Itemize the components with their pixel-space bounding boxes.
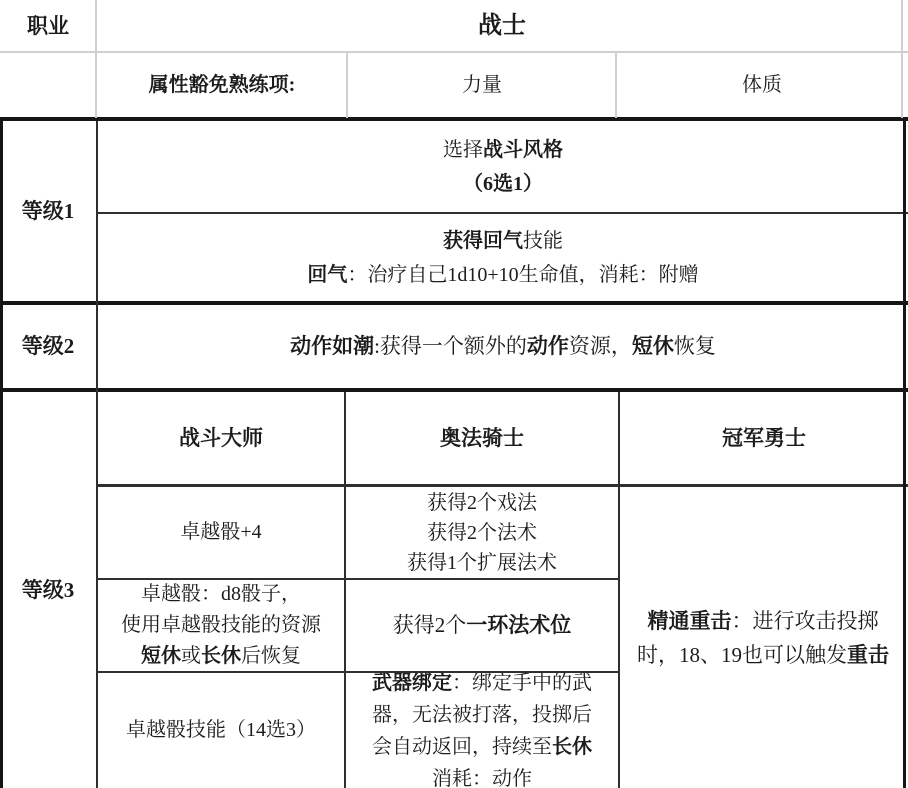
champion-improved-critical-cell: 精通重击：进行攻击投掷时，18、19也可以触发重击 [620,487,906,788]
level1-row-label: 等级1 [0,118,96,305]
saves-ability-constitution-cell: 体质 [616,52,908,118]
grid-line-colA-top [95,0,97,118]
grid-line-level3-row1 [98,578,620,580]
class-name-cell: 战士 [96,0,908,52]
profession-row-label: 职业 [0,0,96,52]
battle-master-superiority-dice-cell: 卓越骰+4 [98,487,344,578]
eldritch-knight-spells-known-cell: 获得2个戏法获得2个法术获得1个扩展法术 [346,487,618,578]
table-left-border [0,118,3,788]
grid-line-right-top [901,0,903,118]
grid-line-under-subclass-headers [98,484,908,487]
level1-fighting-style-cell: 选择战斗风格（6选1） [98,122,908,212]
eldritch-knight-spell-slots-cell: 获得2个一环法术位 [346,580,618,671]
grid-line-level3-col1 [344,392,346,788]
saves-ability-strength-cell: 力量 [348,52,616,118]
grid-line-level1-inner [98,212,908,214]
grid-line-section-3 [0,388,908,392]
grid-line-saves-col2 [615,52,617,118]
grid-line-section-1 [0,117,908,121]
grid-line-under-profession-row [0,51,908,53]
class-progression-table: 职业 战士 属性豁免熟练项: 力量 体质 等级1 选择战斗风格（6选1） 获得回… [0,0,908,788]
grid-line-level3-col2 [618,392,620,788]
eldritch-knight-weapon-bond-cell: 武器绑定：绑定手中的武器，无法被打落，投掷后会自动返回，持续至长休消耗：动作 [346,673,618,788]
grid-line-colA-main [96,121,98,788]
saves-label-cell: 属性豁免熟练项: [96,52,348,118]
grid-line-level3-row2 [98,671,620,673]
grid-line-section-2 [0,301,908,305]
table-right-border [903,118,906,788]
grid-line-saves-col1 [346,52,348,118]
level2-action-surge-cell: 动作如潮:获得一个额外的动作资源，短休恢复 [98,305,908,388]
subclass-header-eldritch-knight: 奥法骑士 [346,392,618,484]
battle-master-maneuvers-cell: 卓越骰技能（14选3） [98,673,344,788]
level3-row-label: 等级3 [0,392,96,788]
level1-second-wind-cell: 获得回气技能回气：治疗自己1d10+10生命值，消耗：附赠 [98,214,908,301]
subclass-header-champion: 冠军勇士 [620,392,908,484]
subclass-header-battle-master: 战斗大师 [98,392,344,484]
battle-master-dice-recovery-cell: 卓越骰：d8骰子，使用卓越骰技能的资源短休或长休后恢复 [98,580,344,671]
level2-row-label: 等级2 [0,305,96,388]
